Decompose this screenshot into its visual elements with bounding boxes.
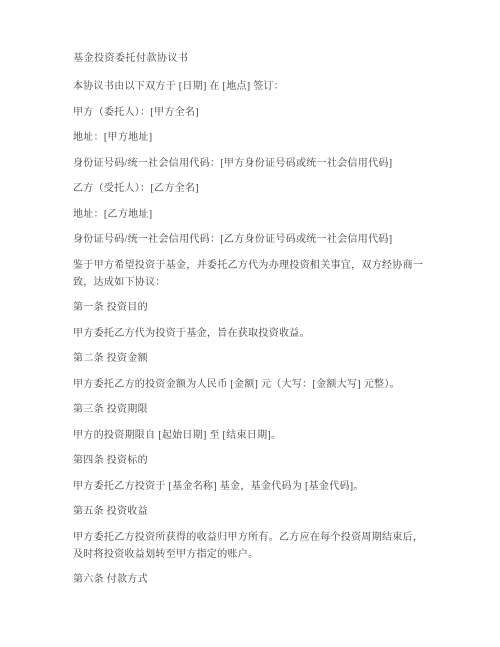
party-a-id-line: 身份证号码/统一社会信用代码：[甲方身份证号码或统一社会信用代码] [73, 155, 430, 172]
section-2-body: 甲方委托乙方的投资金额为人民币 [金额] 元（大写：[金额大写] 元整）。 [73, 376, 430, 393]
section-5-heading: 第五条 投资收益 [73, 503, 430, 520]
party-b-id-line: 身份证号码/统一社会信用代码：[乙方身份证号码或统一社会信用代码] [73, 231, 430, 248]
section-4-body: 甲方委托乙方投资于 [基金名称] 基金，基金代码为 [基金代码]。 [73, 478, 430, 495]
section-1-heading: 第一条 投资目的 [73, 299, 430, 316]
document-page: 基金投资委托付款协议书 本协议书由以下双方于 [日期] 在 [地点] 签订： 甲… [0, 0, 500, 647]
section-6-heading: 第六条 付款方式 [73, 571, 430, 588]
intro-signing-line: 本协议书由以下双方于 [日期] 在 [地点] 签订： [73, 78, 430, 95]
section-4-heading: 第四条 投资标的 [73, 452, 430, 469]
section-3-body: 甲方的投资期限自 [起始日期] 至 [结束日期]。 [73, 427, 430, 444]
section-3-heading: 第三条 投资期限 [73, 401, 430, 418]
section-1-body: 甲方委托乙方代为投资于基金，旨在获取投资收益。 [73, 325, 430, 342]
party-b-name-line: 乙方（受托人）：[乙方全名] [73, 180, 430, 197]
section-2-heading: 第二条 投资金额 [73, 350, 430, 367]
document-title: 基金投资委托付款协议书 [73, 50, 430, 67]
party-a-name-line: 甲方（委托人）：[甲方全名] [73, 104, 430, 121]
section-5-body: 甲方委托乙方投资所获得的收益归甲方所有。乙方应在每个投资周期结束后，及时将投资收… [73, 529, 430, 563]
recital-paragraph: 鉴于甲方希望投资于基金，并委托乙方代为办理投资相关事宜，双方经协商一致，达成如下… [73, 257, 430, 291]
party-b-address-line: 地址：[乙方地址] [73, 206, 430, 223]
party-a-address-line: 地址：[甲方地址] [73, 129, 430, 146]
